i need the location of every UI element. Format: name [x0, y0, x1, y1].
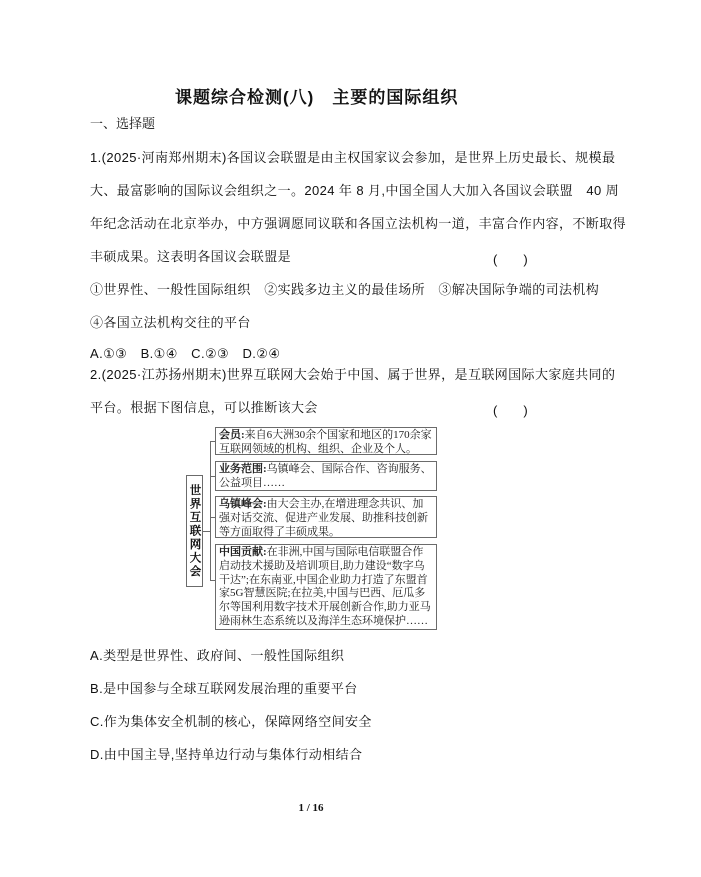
q2-option-a: A.类型是世界性、政府间、一般性国际组织 [90, 648, 344, 664]
q2-line-1: 2.(2025·江苏扬州期末)世界互联网大会始于中国、属于世界，是互联网国际大家… [90, 367, 615, 383]
q1-line-4: 丰硕成果。这表明各国议会联盟是 [90, 249, 291, 265]
q2-option-c: C.作为集体安全机制的核心，保障网络空间安全 [90, 714, 372, 730]
diagram-box-members: 会员:来自6大洲30余个国家和地区的170余家互联网领域的机构、组织、企业及个人… [215, 427, 437, 455]
q1-answer-choices: A.①③ B.①④ C.②③ D.②④ [90, 346, 280, 362]
q1-line-2: 大、最富影响的国际议会组织之一。2024 年 8 月,中国全国人大加入各国议会联… [90, 183, 619, 199]
diagram-side-label: 世界互联网大会 [186, 475, 203, 587]
q2-option-b: B.是中国参与全球互联网发展治理的重要平台 [90, 681, 358, 697]
diagram-box-scope-label: 业务范围: [219, 463, 267, 475]
internet-conference-diagram: 世界互联网大会 会员:来自6大洲30余个国家和地区的170余家互联网领域的机构、… [186, 420, 446, 635]
q1-items-line-1: ①世界性、一般性国际组织 ②实践多边主义的最佳场所 ③解决国际争端的司法机构 [90, 282, 599, 298]
diagram-box-china-contribution-text: 在非洲,中国与国际电信联盟合作启动技术援助及培训项目,助力建设“数字乌干达”;在… [219, 546, 431, 627]
q1-line-1: 1.(2025·河南郑州期末)各国议会联盟是由主权国家议会参加，是世界上历史最长… [90, 150, 615, 166]
q1-line-3: 年纪念活动在北京举办，中方强调愿同议联和各国立法机构一道，丰富合作内容，不断取得 [90, 216, 626, 232]
q2-line-2: 平台。根据下图信息，可以推断该大会 [90, 400, 318, 416]
document-page: 课题综合检测(八) 主要的国际组织 一、选择题 1.(2025·河南郑州期末)各… [0, 0, 701, 877]
diagram-box-summit-label: 乌镇峰会: [219, 498, 267, 510]
diagram-box-scope: 业务范围:乌镇峰会、国际合作、咨询服务、公益项目…… [215, 461, 437, 491]
q2-option-d: D.由中国主导,坚持单边行动与集体行动相结合 [90, 747, 362, 763]
diagram-box-china-contribution-label: 中国贡献: [219, 546, 267, 558]
diagram-connector-label [203, 531, 210, 532]
q1-items-line-2: ④各国立法机构交往的平台 [90, 315, 251, 331]
diagram-box-members-text: 来自6大洲30余个国家和地区的170余家互联网领域的机构、组织、企业及个人。 [219, 429, 432, 455]
page-number: 1 / 16 [280, 802, 342, 814]
diagram-box-china-contribution: 中国贡献:在非洲,中国与国际电信联盟合作启动技术援助及培训项目,助力建设“数字乌… [215, 544, 437, 630]
q1-answer-bracket: ( ) [493, 249, 528, 268]
diagram-box-summit: 乌镇峰会:由大会主办,在增进理念共识、加强对话交流、促进产业发展、助推科技创新等… [215, 496, 437, 538]
diagram-box-members-label: 会员: [219, 429, 245, 441]
diagram-spine [210, 441, 211, 581]
q2-answer-bracket: ( ) [493, 400, 528, 419]
page-title: 课题综合检测(八) 主要的国际组织 [175, 83, 458, 108]
section-heading: 一、选择题 [90, 113, 155, 132]
